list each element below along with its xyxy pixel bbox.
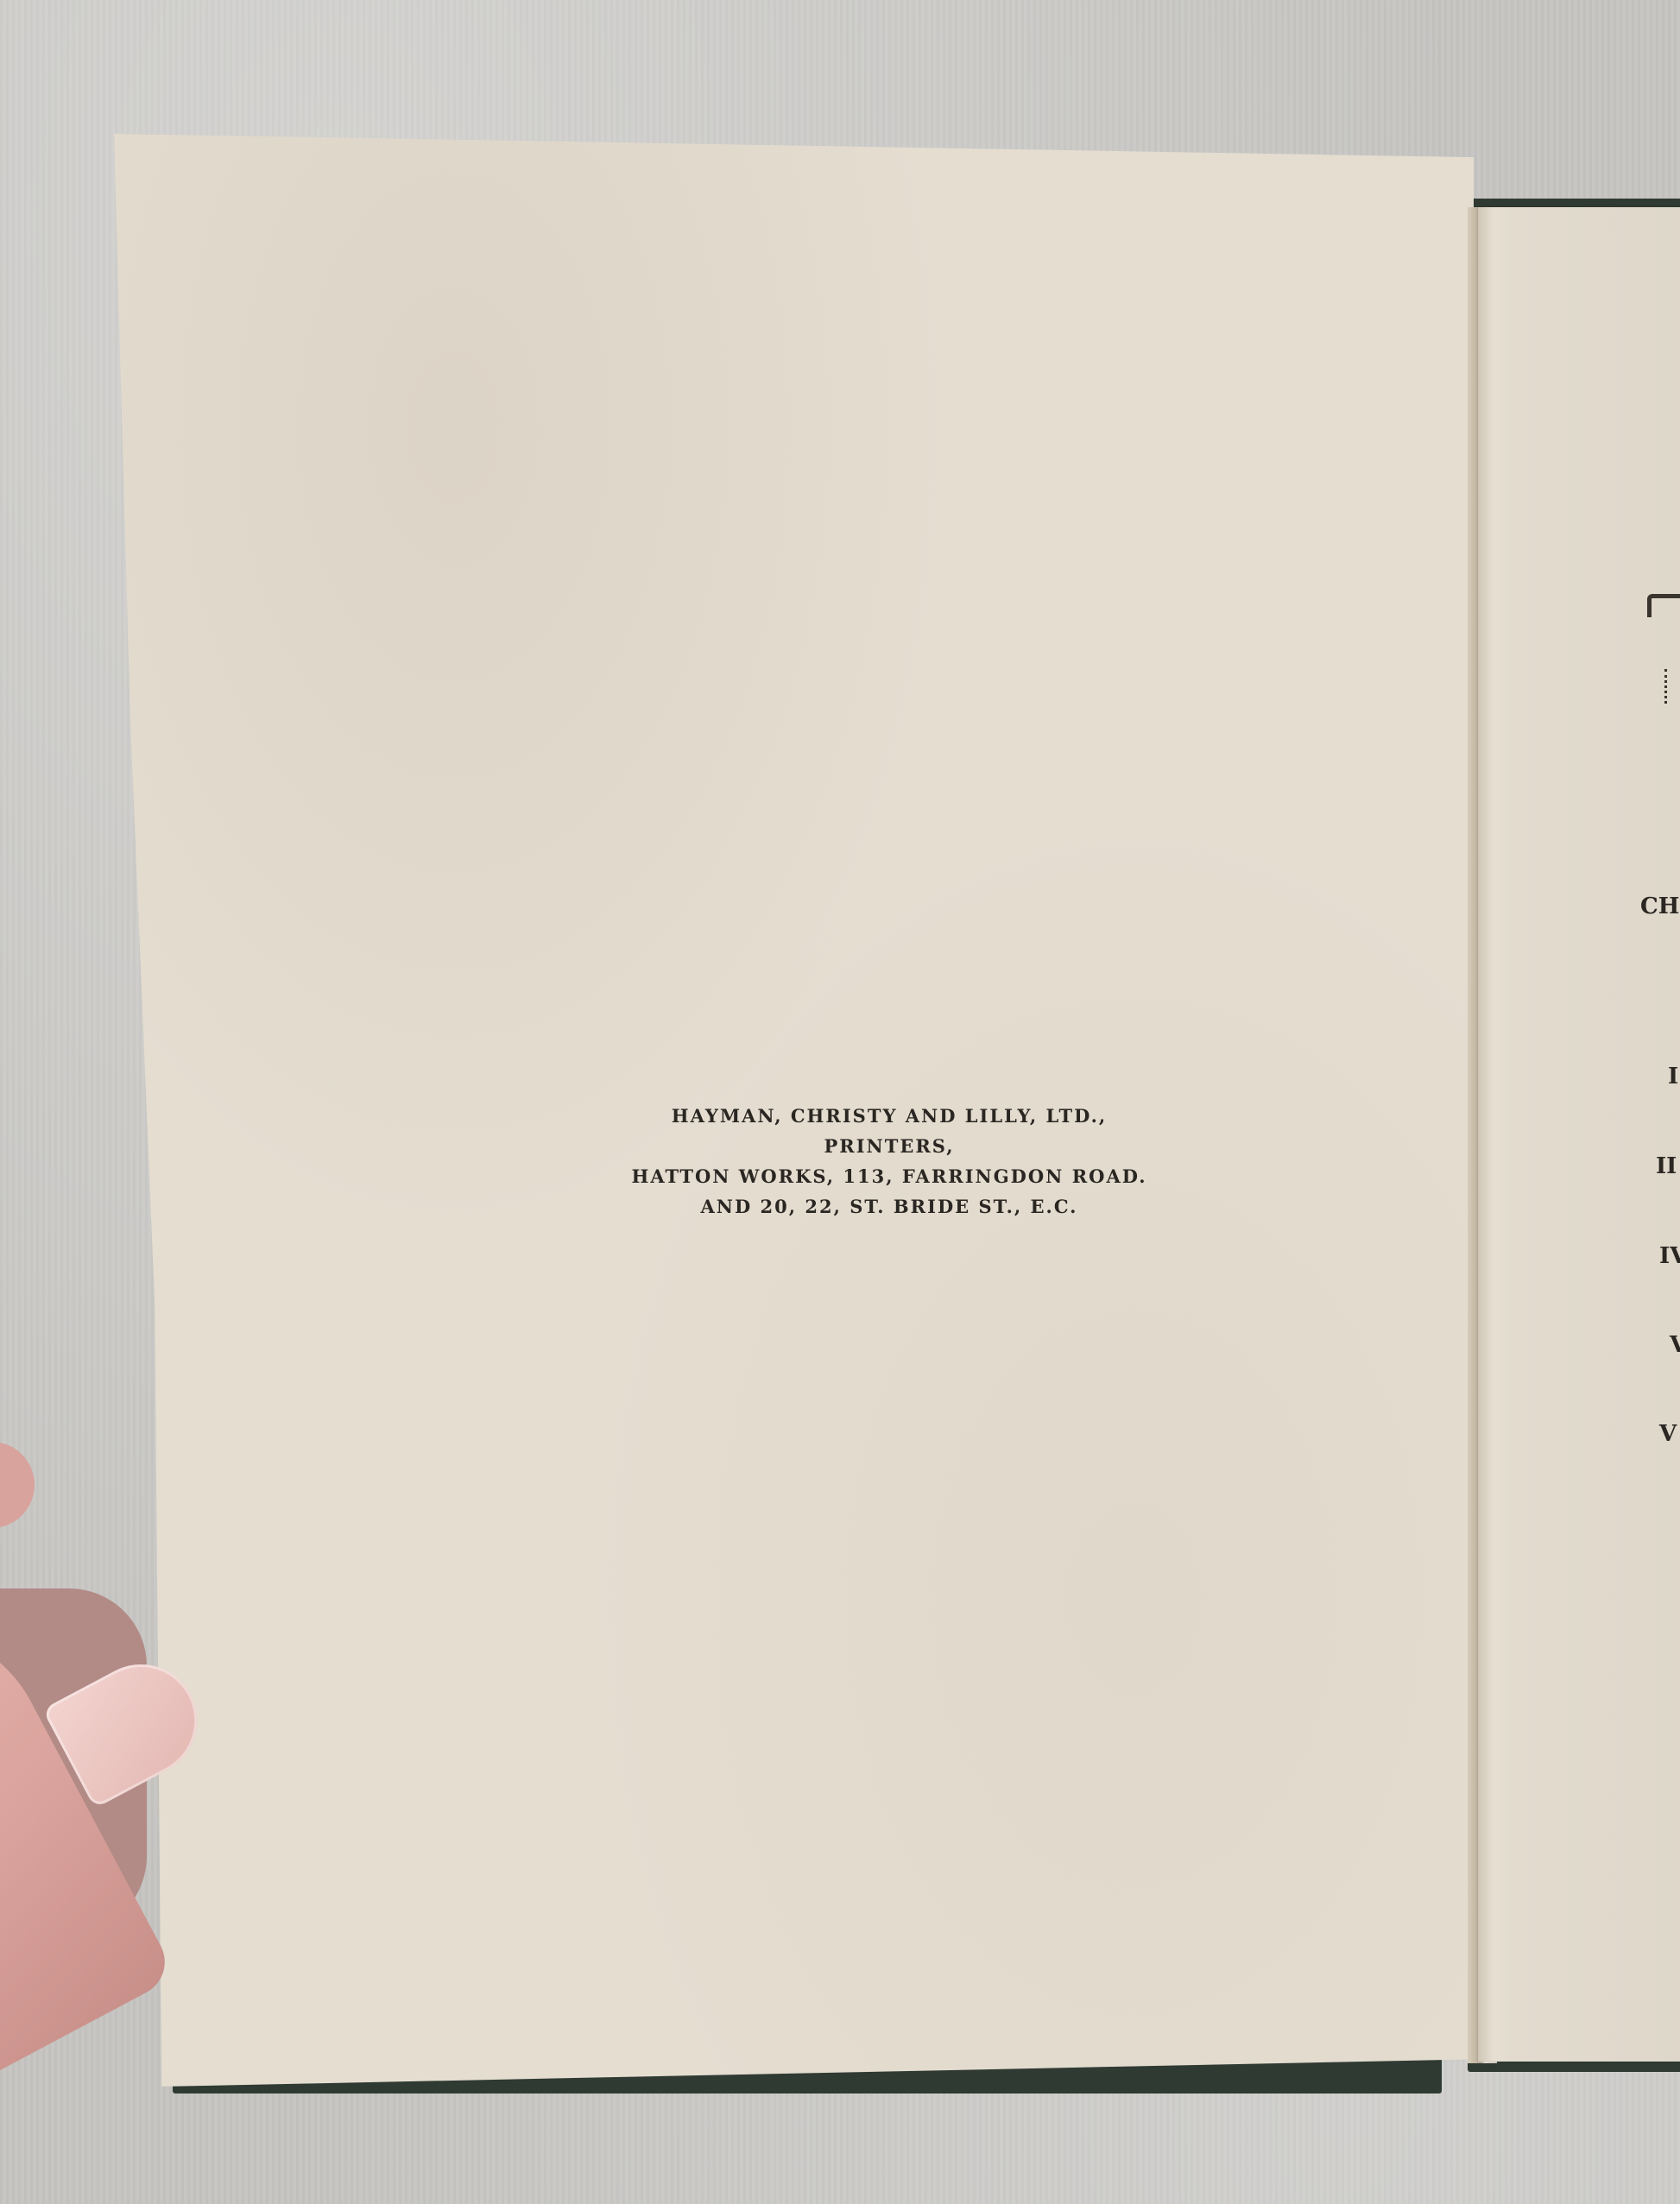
right-page bbox=[1478, 207, 1680, 2062]
holding-hand bbox=[0, 1459, 242, 2098]
contents-heading-fragment: CH bbox=[1640, 894, 1679, 919]
chapter-numeral-4: IV bbox=[1659, 1243, 1680, 1269]
imprint-line-address-1: HATTON WORKS, 113, FARRINGDON ROAD. bbox=[630, 1161, 1148, 1191]
chapter-numeral-1: I bbox=[1668, 1064, 1678, 1089]
imprint-line-printer-name: HAYMAN, CHRISTY AND LILLY, LTD., bbox=[630, 1101, 1148, 1131]
chapter-numeral-2: II bbox=[1656, 1153, 1677, 1179]
printer-imprint: HAYMAN, CHRISTY AND LILLY, LTD., PRINTER… bbox=[630, 1101, 1148, 1222]
chapter-numeral-5: V bbox=[1670, 1332, 1680, 1358]
chapter-numeral-6: V bbox=[1659, 1421, 1677, 1447]
decorative-flourish-icon bbox=[1664, 669, 1679, 704]
imprint-line-address-2: AND 20, 22, ST. BRIDE ST., E.C. bbox=[630, 1191, 1148, 1222]
imprint-line-printers: PRINTERS, bbox=[630, 1131, 1148, 1161]
headpiece-ornament-icon bbox=[1647, 594, 1680, 617]
